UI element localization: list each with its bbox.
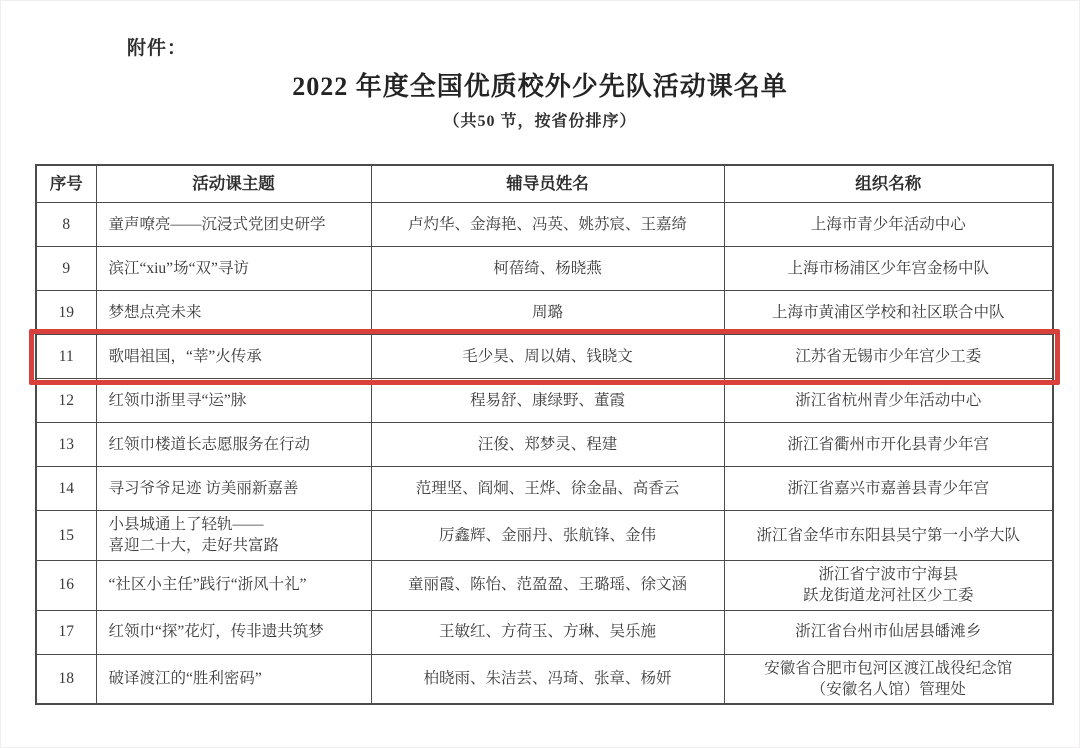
table-row: 13 红领巾楼道长志愿服务在行动 汪俊、郑梦灵、程建 浙江省衢州市开化县青少年宫 bbox=[36, 423, 1053, 467]
cell-activity-theme: 滨江“xiu”场“双”寻访 bbox=[96, 247, 371, 291]
cell-activity-theme: 破译渡江的“胜利密码” bbox=[96, 654, 371, 704]
table-row: 12 红领巾浙里寻“运”脉 程易舒、康绿野、董霞 浙江省杭州青少年活动中心 bbox=[36, 379, 1053, 423]
cell-serial-number: 15 bbox=[36, 511, 96, 561]
column-header-theme: 活动课主题 bbox=[96, 165, 371, 203]
cell-organization-name: 浙江省杭州青少年活动中心 bbox=[724, 379, 1053, 423]
cell-activity-theme: 红领巾楼道长志愿服务在行动 bbox=[96, 423, 371, 467]
cell-serial-number: 19 bbox=[36, 291, 96, 335]
table-row: 8 童声嘹亮——沉浸式党团史研学 卢灼华、金海艳、冯英、姚苏宸、王嘉绮 上海市青… bbox=[36, 203, 1053, 247]
cell-organization-name: 浙江省金华市东阳县吴宁第一小学大队 bbox=[724, 511, 1053, 561]
cell-counselor-names: 王敏红、方荷玉、方琳、吴乐施 bbox=[371, 610, 724, 654]
column-header-serial: 序号 bbox=[36, 165, 96, 203]
cell-organization-name: 浙江省宁波市宁海县 跃龙街道龙河社区少工委 bbox=[724, 560, 1053, 610]
cell-counselor-names: 童丽霞、陈怡、范盈盈、王璐瑶、徐文涵 bbox=[371, 560, 724, 610]
cell-counselor-names: 周璐 bbox=[371, 291, 724, 335]
cell-organization-name: 浙江省嘉兴市嘉善县青少年宫 bbox=[724, 467, 1053, 511]
cell-counselor-names: 柯蓓绮、杨晓燕 bbox=[371, 247, 724, 291]
cell-activity-theme: 红领巾“探”花灯，传非遗共筑梦 bbox=[96, 610, 371, 654]
cell-organization-name: 安徽省合肥市包河区渡江战役纪念馆 （安徽名人馆）管理处 bbox=[724, 654, 1053, 704]
page-title: 2022 年度全国优质校外少先队活动课名单 bbox=[0, 66, 1080, 103]
table-row: 19 梦想点亮未来 周璐 上海市黄浦区学校和社区联合中队 bbox=[36, 291, 1053, 335]
table-body: 8 童声嘹亮——沉浸式党团史研学 卢灼华、金海艳、冯英、姚苏宸、王嘉绮 上海市青… bbox=[36, 203, 1053, 705]
cell-serial-number: 14 bbox=[36, 467, 96, 511]
cell-serial-number: 16 bbox=[36, 560, 96, 610]
table-row: 16 “社区小主任”践行“浙风十礼” 童丽霞、陈怡、范盈盈、王璐瑶、徐文涵 浙江… bbox=[36, 560, 1053, 610]
cell-counselor-names: 范理坚、阎炯、王烨、徐金晶、高香云 bbox=[371, 467, 724, 511]
table-row: 9 滨江“xiu”场“双”寻访 柯蓓绮、杨晓燕 上海市杨浦区少年宫金杨中队 bbox=[36, 247, 1053, 291]
cell-counselor-names: 汪俊、郑梦灵、程建 bbox=[371, 423, 724, 467]
table-row: 18 破译渡江的“胜利密码” 柏晓雨、朱洁芸、冯琦、张章、杨妍 安徽省合肥市包河… bbox=[36, 654, 1053, 704]
column-header-organization: 组织名称 bbox=[724, 165, 1053, 203]
table-row: 14 寻习爷爷足迹 访美丽新嘉善 范理坚、阎炯、王烨、徐金晶、高香云 浙江省嘉兴… bbox=[36, 467, 1053, 511]
cell-activity-theme: 寻习爷爷足迹 访美丽新嘉善 bbox=[96, 467, 371, 511]
cell-organization-name: 浙江省台州市仙居县皤滩乡 bbox=[724, 610, 1053, 654]
cell-serial-number: 8 bbox=[36, 203, 96, 247]
cell-activity-theme: 小县城通上了轻轨—— 喜迎二十大，走好共富路 bbox=[96, 511, 371, 561]
table-row: 17 红领巾“探”花灯，传非遗共筑梦 王敏红、方荷玉、方琳、吴乐施 浙江省台州市… bbox=[36, 610, 1053, 654]
cell-activity-theme: 歌唱祖国，“莘”火传承 bbox=[96, 335, 371, 379]
cell-serial-number: 17 bbox=[36, 610, 96, 654]
cell-activity-theme: “社区小主任”践行“浙风十礼” bbox=[96, 560, 371, 610]
cell-organization-name: 上海市杨浦区少年宫金杨中队 bbox=[724, 247, 1053, 291]
cell-organization-name: 江苏省无锡市少年宫少工委 bbox=[724, 335, 1053, 379]
cell-activity-theme: 梦想点亮未来 bbox=[96, 291, 371, 335]
activity-class-table: 序号 活动课主题 辅导员姓名 组织名称 8 童声嘹亮——沉浸式党团史研学 卢灼华… bbox=[35, 164, 1054, 705]
cell-organization-name: 上海市黄浦区学校和社区联合中队 bbox=[724, 291, 1053, 335]
cell-counselor-names: 厉鑫辉、金丽丹、张航锋、金伟 bbox=[371, 511, 724, 561]
table-row: 11 歌唱祖国，“莘”火传承 毛少昊、周以婧、钱晓文 江苏省无锡市少年宫少工委 bbox=[36, 335, 1053, 379]
cell-organization-name: 上海市青少年活动中心 bbox=[724, 203, 1053, 247]
cell-serial-number: 11 bbox=[36, 335, 96, 379]
cell-serial-number: 9 bbox=[36, 247, 96, 291]
cell-serial-number: 18 bbox=[36, 654, 96, 704]
page-subtitle: （共50 节，按省份排序） bbox=[0, 108, 1080, 131]
attachment-label: 附件： bbox=[127, 33, 187, 60]
cell-counselor-names: 卢灼华、金海艳、冯英、姚苏宸、王嘉绮 bbox=[371, 203, 724, 247]
cell-serial-number: 12 bbox=[36, 379, 96, 423]
table-header-row: 序号 活动课主题 辅导员姓名 组织名称 bbox=[36, 165, 1053, 203]
cell-counselor-names: 毛少昊、周以婧、钱晓文 bbox=[371, 335, 724, 379]
cell-organization-name: 浙江省衢州市开化县青少年宫 bbox=[724, 423, 1053, 467]
cell-activity-theme: 童声嘹亮——沉浸式党团史研学 bbox=[96, 203, 371, 247]
cell-counselor-names: 柏晓雨、朱洁芸、冯琦、张章、杨妍 bbox=[371, 654, 724, 704]
table-row: 15 小县城通上了轻轨—— 喜迎二十大，走好共富路 厉鑫辉、金丽丹、张航锋、金伟… bbox=[36, 511, 1053, 561]
document-page: { "page": { "attachment_label": "附件：", "… bbox=[0, 0, 1080, 748]
cell-serial-number: 13 bbox=[36, 423, 96, 467]
cell-activity-theme: 红领巾浙里寻“运”脉 bbox=[96, 379, 371, 423]
column-header-counselors: 辅导员姓名 bbox=[371, 165, 724, 203]
cell-counselor-names: 程易舒、康绿野、董霞 bbox=[371, 379, 724, 423]
